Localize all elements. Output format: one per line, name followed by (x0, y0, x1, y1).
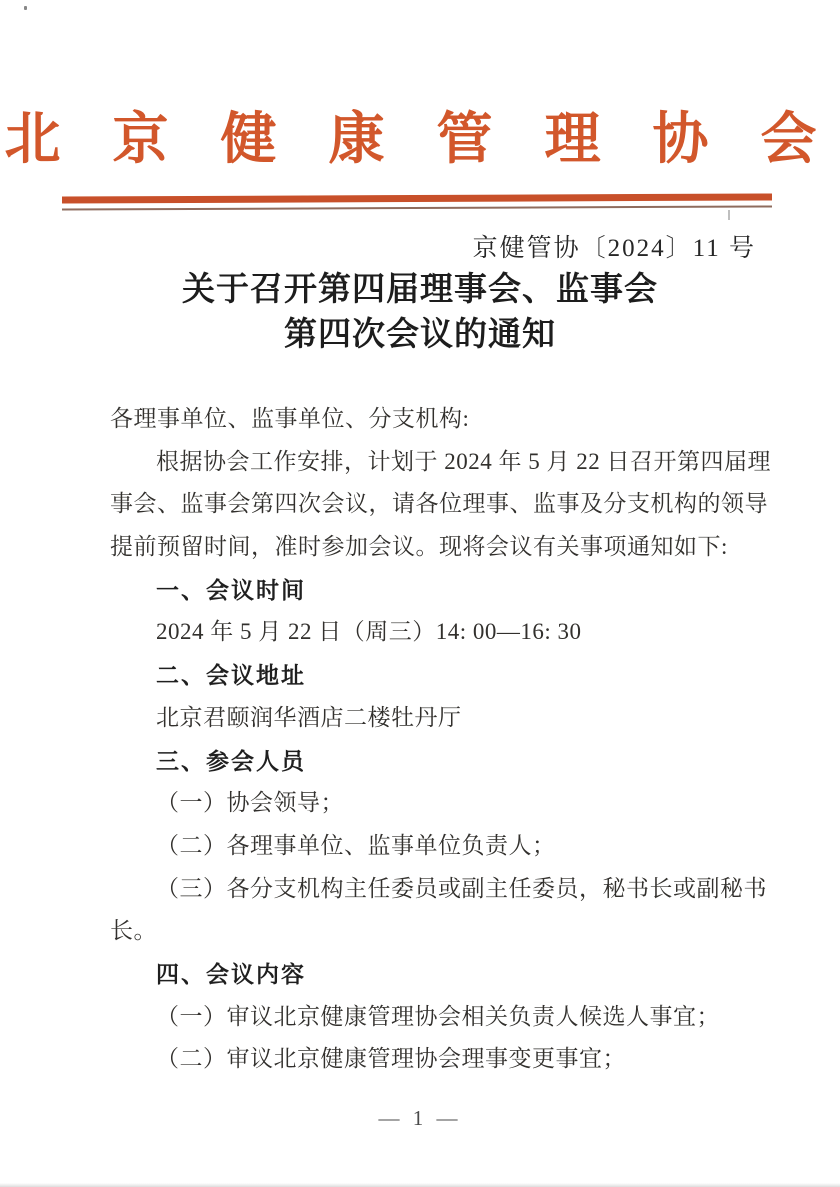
body-line: （三）各分支机构主任委员或副主任委员，秘书长或副秘书 (110, 868, 750, 911)
body-line: 长。 (110, 910, 750, 953)
section-heading: 二、会议地址 (110, 654, 750, 697)
header-rule-thin (62, 205, 772, 210)
section-heading: 三、参会人员 (110, 740, 750, 783)
body-line: 根据协会工作安排，计划于 2024 年 5 月 22 日召开第四届理 (110, 441, 750, 484)
org-name-header: 北 京 健 康 管 理 协 会 (0, 103, 840, 178)
document-title: 关于召开第四届理事会、监事会 第四次会议的通知 (0, 268, 840, 358)
scan-mark (728, 210, 730, 220)
scan-speck (24, 6, 27, 10)
body-line: 2024 年 5 月 22 日（周三）14: 00—16: 30 (110, 611, 750, 654)
header-rule-thick (62, 193, 772, 203)
document-title-line1: 关于召开第四届理事会、监事会 (0, 268, 840, 313)
notice-body: 各理事单位、监事单位、分支机构:根据协会工作安排，计划于 2024 年 5 月 … (110, 398, 750, 1081)
section-heading: 一、会议时间 (110, 569, 750, 612)
body-line: （二）审议北京健康管理协会理事变更事宜； (110, 1038, 750, 1081)
document-title-line2: 第四次会议的通知 (0, 313, 840, 358)
body-line: 北京君颐润华酒店二楼牡丹厅 (110, 697, 750, 740)
document-number: 京健管协〔2024〕11 号 (473, 228, 756, 264)
body-line: （一）审议北京健康管理协会相关负责人候选人事宜； (110, 996, 750, 1039)
body-line: （一）协会领导； (110, 782, 750, 825)
scanned-notice-page: 北 京 健 康 管 理 协 会 京健管协〔2024〕11 号 关于召开第四届理事… (0, 0, 840, 1187)
section-heading: 四、会议内容 (110, 953, 750, 996)
body-line: （二）各理事单位、监事单位负责人； (110, 825, 750, 868)
body-line: 各理事单位、监事单位、分支机构: (110, 398, 750, 441)
body-line: 提前预留时间，准时参加会议。现将会议有关事项通知如下: (110, 526, 750, 569)
body-line: 事会、监事会第四次会议，请各位理事、监事及分支机构的领导 (110, 483, 750, 526)
page-number: — 1 — (0, 1106, 840, 1131)
